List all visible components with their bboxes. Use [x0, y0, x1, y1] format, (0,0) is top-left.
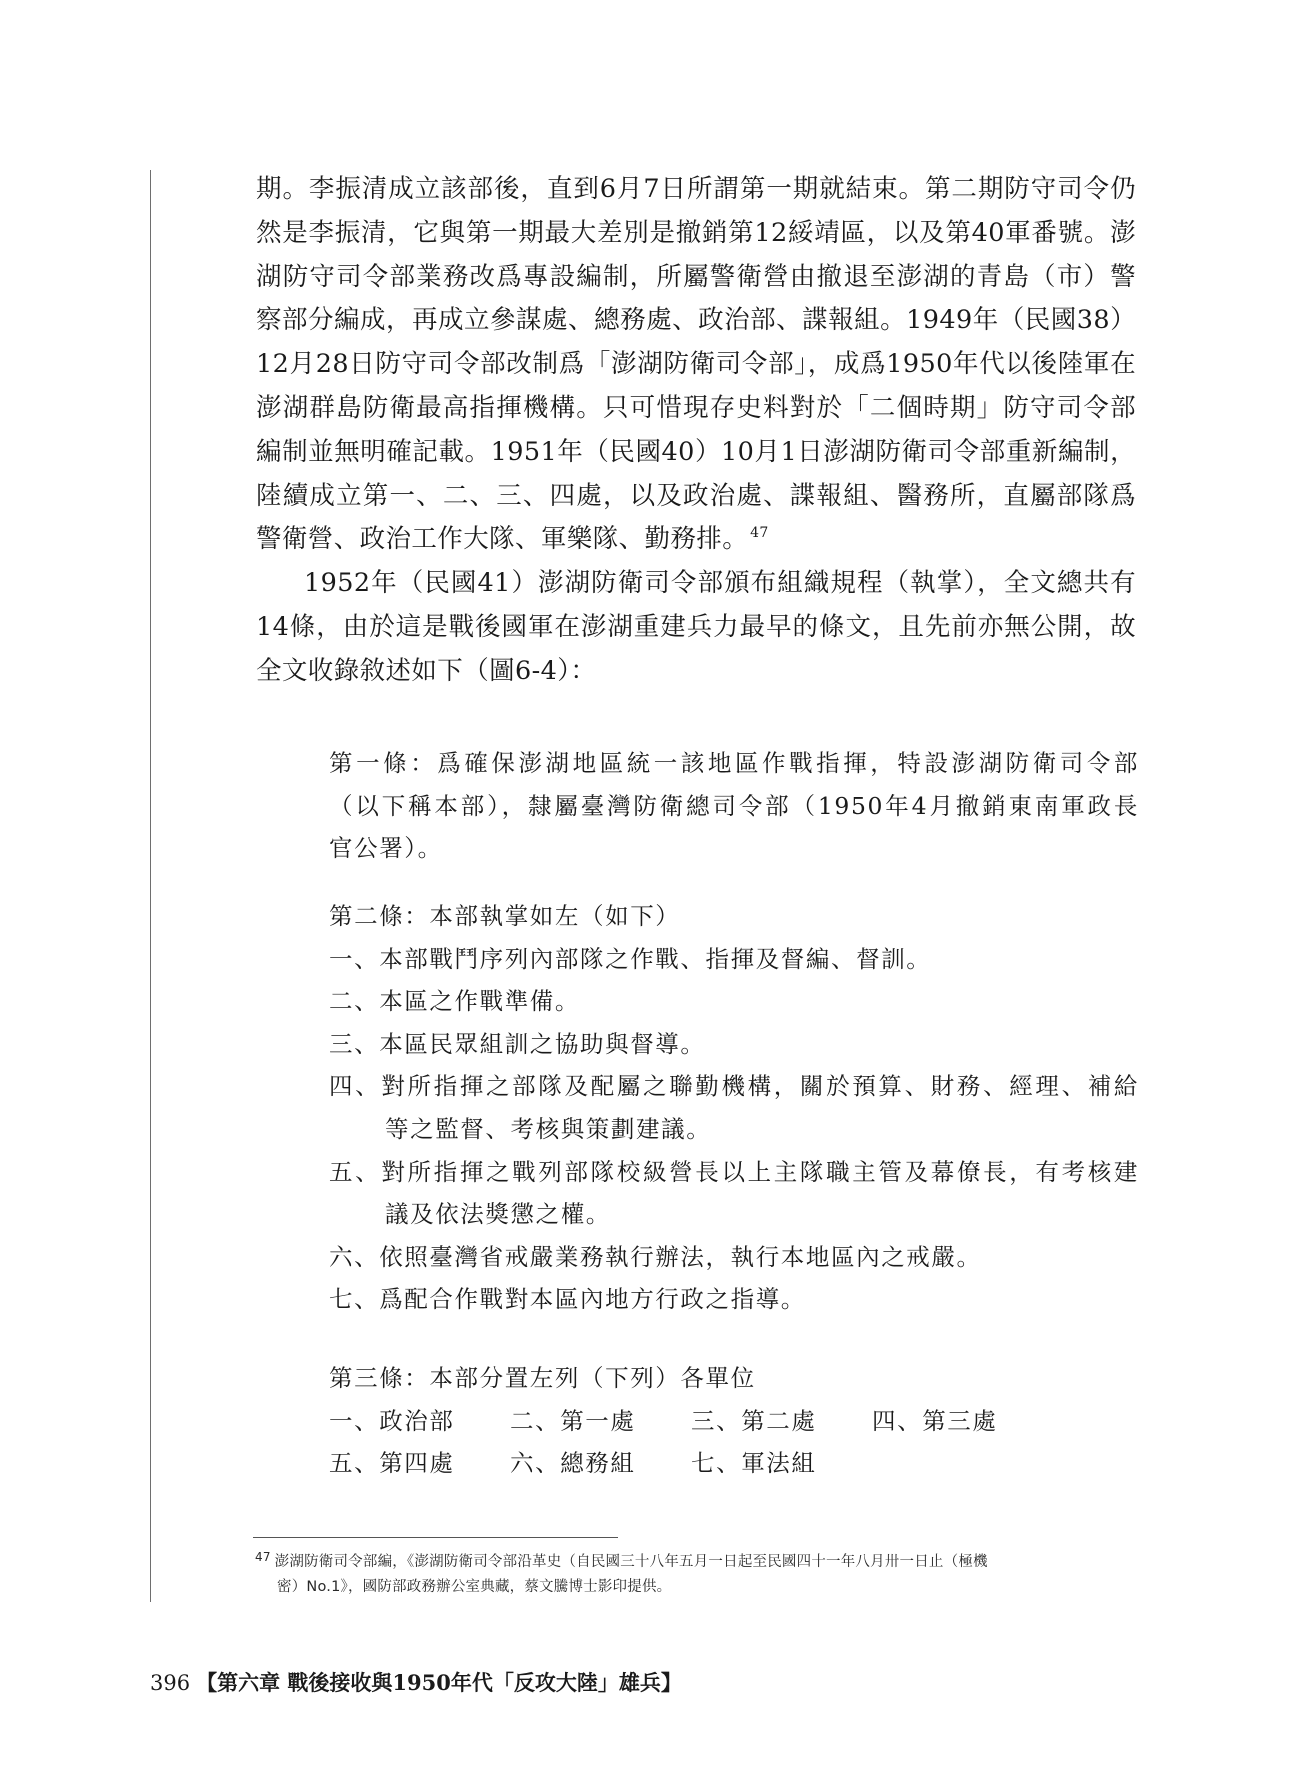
unit-item: 七、軍法組 [691, 1442, 872, 1485]
article-2-item: 七、爲配合作戰對本區內地方行政之指導。 [329, 1278, 1139, 1321]
article-2-item-continuation: 等之監督、考核與策劃建議。 [329, 1108, 1139, 1151]
footnote-number: 47 [255, 1550, 271, 1564]
paragraph-1: 期。李振清成立該部後，直到6月7日所謂第一期就結束。第二期防守司令仍然是李振清，… [256, 168, 1136, 562]
paragraph-2: 1952年（民國41）澎湖防衛司令部頒布組織規程（執掌），全文總共有14條，由於… [256, 562, 1136, 693]
article-2-item: 三、本區民眾組訓之協助與督導。 [329, 1023, 1139, 1066]
footnote: 47澎湖防衛司令部編，《澎湖防衛司令部沿革史（自民國三十八年五月一日起至民國四十… [255, 1545, 1140, 1600]
article-2-item: 二、本區之作戰準備。 [329, 980, 1139, 1023]
running-footer: 396【第六章 戰後接收與1950年代「反攻大陸」雄兵】 [150, 1667, 682, 1697]
unit-item: 四、第三處 [872, 1400, 1053, 1443]
units-row-1: 一、政治部 二、第一處 三、第二處 四、第三處 [329, 1400, 1139, 1443]
paragraph-1-text: 期。李振清成立該部後，直到6月7日所謂第一期就結束。第二期防守司令仍然是李振清，… [256, 174, 1136, 554]
chapter-title: 【第六章 戰後接收與1950年代「反攻大陸」雄兵】 [196, 1670, 682, 1695]
footnote-text: 澎湖防衛司令部編，《澎湖防衛司令部沿革史（自民國三十八年五月一日起至民國四十一年… [275, 1554, 988, 1570]
body-text: 期。李振清成立該部後，直到6月7日所謂第一期就結束。第二期防守司令仍然是李振清，… [256, 168, 1136, 694]
unit-item: 一、政治部 [329, 1400, 510, 1443]
article-1-line: （以下稱本部），隸屬臺灣防衛總司令部（1950年4月撤銷東南軍政長 [329, 785, 1139, 828]
footnote-line-1: 47澎湖防衛司令部編，《澎湖防衛司令部沿革史（自民國三十八年五月一日起至民國四十… [255, 1545, 1140, 1575]
unit-item: 六、總務組 [510, 1442, 691, 1485]
article-2: 第二條：本部執掌如左（如下） 一、本部戰鬥序列內部隊之作戰、指揮及督編、督訓。 … [329, 895, 1139, 1321]
article-3: 第三條：本部分置左列（下列）各單位 一、政治部 二、第一處 三、第二處 四、第三… [329, 1357, 1139, 1485]
footnote-reference[interactable]: 47 [750, 525, 769, 541]
footnote-line-2: 密）No.1》，國防部政務辦公室典藏，蔡文騰博士影印提供。 [255, 1575, 1140, 1600]
article-3-heading: 第三條：本部分置左列（下列）各單位 [329, 1357, 1139, 1400]
article-2-item: 六、依照臺灣省戒嚴業務執行辦法，執行本地區內之戒嚴。 [329, 1236, 1139, 1279]
footnote-rule [253, 1537, 618, 1538]
article-2-item: 五、對所指揮之戰列部隊校級營長以上主隊職主管及幕僚長，有考核建 [329, 1151, 1139, 1194]
article-1-line: 第一條：爲確保澎湖地區統一該地區作戰指揮，特設澎湖防衛司令部 [329, 742, 1139, 785]
unit-item: 二、第一處 [510, 1400, 691, 1443]
article-1-line: 官公署）。 [329, 827, 1139, 870]
article-2-item-continuation: 議及依法獎懲之權。 [329, 1193, 1139, 1236]
unit-item: 五、第四處 [329, 1442, 510, 1485]
article-2-item: 四、對所指揮之部隊及配屬之聯勤機構，關於預算、財務、經理、補給 [329, 1065, 1139, 1108]
article-1: 第一條：爲確保澎湖地區統一該地區作戰指揮，特設澎湖防衛司令部 （以下稱本部），隸… [329, 742, 1139, 870]
article-2-heading: 第二條：本部執掌如左（如下） [329, 895, 1139, 938]
margin-rule [150, 170, 151, 1602]
unit-item: 三、第二處 [691, 1400, 872, 1443]
units-row-2: 五、第四處 六、總務組 七、軍法組 [329, 1442, 1139, 1485]
article-2-item: 一、本部戰鬥序列內部隊之作戰、指揮及督編、督訓。 [329, 938, 1139, 981]
page-number: 396 [150, 1671, 190, 1695]
